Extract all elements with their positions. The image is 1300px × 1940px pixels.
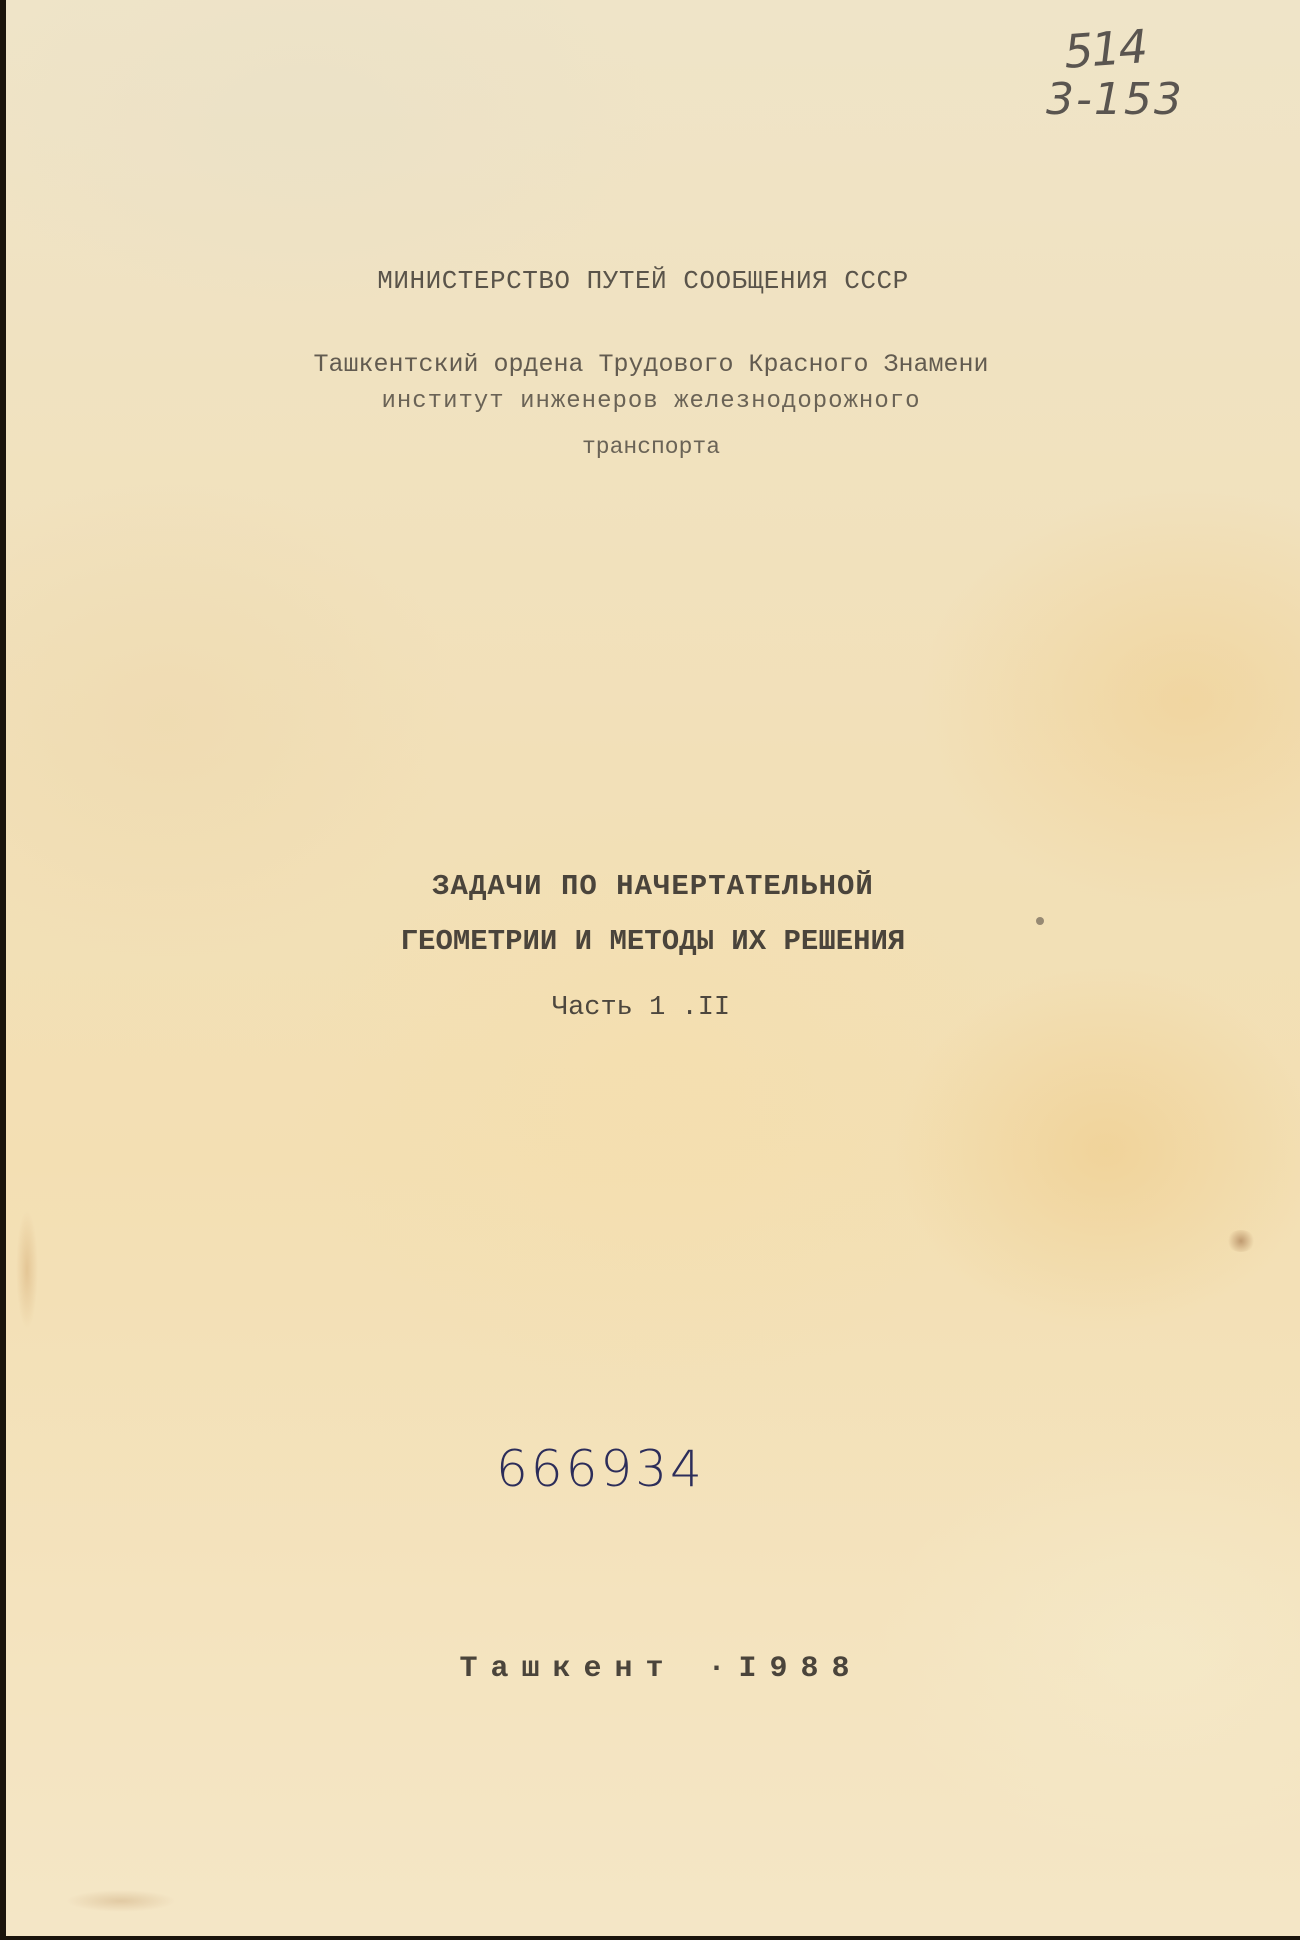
title-line-1: ЗАДАЧИ ПО НАЧЕРТАТЕЛЬНОЙ [6, 870, 1300, 903]
ministry-heading: МИНИСТЕРСТВО ПУТЕЙ СООБЩЕНИЯ СССР [0, 266, 1290, 296]
paper-stain [66, 1890, 176, 1912]
city-year-imprint: Ташкент ·I988 [14, 1652, 1300, 1686]
paper-stain [1226, 1230, 1256, 1252]
inventory-number: 666934 [496, 1440, 705, 1498]
paper-stain [16, 1210, 38, 1330]
institute-line-1: Ташкентский ордена Трудового Красного Зн… [4, 350, 1298, 379]
title-line-2: ГЕОМЕТРИИ И МЕТОДЫ ИХ РЕШЕНИЯ [6, 925, 1300, 958]
pencil-shelf-mark-line1: 514 [1062, 19, 1147, 79]
pencil-shelf-mark-line2: 3-153 [1046, 74, 1184, 125]
document-page: 514 3-153 МИНИСТЕРСТВО ПУТЕЙ СООБЩЕНИЯ С… [6, 0, 1300, 1936]
part-number: Часть 1 .II [0, 993, 1288, 1023]
paper-stain [1036, 917, 1044, 925]
institute-line-2: институт инженеров железнодорожного [4, 388, 1298, 415]
institute-line-3: транспорта [4, 434, 1298, 460]
